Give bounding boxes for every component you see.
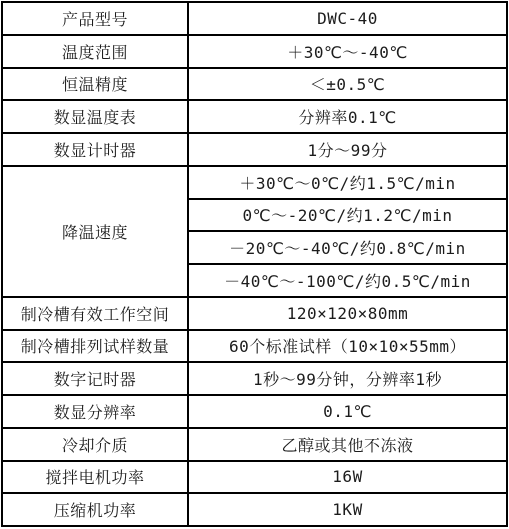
table-row: 制冷槽排列试样数量 60个标准试样（10×10×55mm） xyxy=(2,330,507,363)
table-row: 制冷槽有效工作空间 120×120×80mm xyxy=(2,297,507,330)
spec-label-temp-stability: 恒温精度 xyxy=(2,68,188,101)
spec-value-display-resolution: 0.1℃ xyxy=(188,395,507,428)
spec-value-cooling-rate-2: 0℃～-20℃/约1.2℃/min xyxy=(188,199,507,232)
spec-value-digital-thermometer: 分辨率0.1℃ xyxy=(188,100,507,133)
spec-value-cooling-rate-3: －20℃～-40℃/约0.8℃/min xyxy=(188,231,507,264)
spec-label-sample-capacity: 制冷槽排列试样数量 xyxy=(2,330,188,363)
spec-value-stirring-motor-power: 16W xyxy=(188,461,507,494)
spec-value-compressor-power: 1KW xyxy=(188,493,507,526)
spec-label-digital-timer: 数字记时器 xyxy=(2,362,188,395)
spec-label-stirring-motor-power: 搅拌电机功率 xyxy=(2,461,188,494)
spec-label-cooling-rate: 降温速度 xyxy=(2,166,188,297)
spec-value-cooling-rate-4: －40℃～-100℃/约0.5℃/min xyxy=(188,264,507,297)
spec-label-digital-thermometer: 数显温度表 xyxy=(2,100,188,133)
spec-sheet: 产品型号 DWC-40 温度范围 ＋30℃～-40℃ 恒温精度 ＜±0.5℃ 数… xyxy=(0,0,509,527)
spec-value-sample-capacity: 60个标准试样（10×10×55mm） xyxy=(188,330,507,363)
table-row: 搅拌电机功率 16W xyxy=(2,461,507,494)
spec-value-working-space: 120×120×80mm xyxy=(188,297,507,330)
spec-label-display-resolution: 数显分辨率 xyxy=(2,395,188,428)
spec-label-cooling-medium: 冷却介质 xyxy=(2,428,188,461)
table-row: 产品型号 DWC-40 xyxy=(2,2,507,35)
table-row: 压缩机功率 1KW xyxy=(2,493,507,526)
table-row: 数显计时器 1分～99分 xyxy=(2,133,507,166)
spec-value-product-model: DWC-40 xyxy=(188,2,507,35)
spec-value-temp-range: ＋30℃～-40℃ xyxy=(188,35,507,68)
spec-value-digital-timer: 1秒～99分钟，分辨率1秒 xyxy=(188,362,507,395)
spec-value-temp-stability: ＜±0.5℃ xyxy=(188,68,507,101)
spec-label-working-space: 制冷槽有效工作空间 xyxy=(2,297,188,330)
spec-label-compressor-power: 压缩机功率 xyxy=(2,493,188,526)
table-row: 恒温精度 ＜±0.5℃ xyxy=(2,68,507,101)
spec-label-temp-range: 温度范围 xyxy=(2,35,188,68)
table-row: 数字记时器 1秒～99分钟，分辨率1秒 xyxy=(2,362,507,395)
table-row: 数显分辨率 0.1℃ xyxy=(2,395,507,428)
spec-table: 产品型号 DWC-40 温度范围 ＋30℃～-40℃ 恒温精度 ＜±0.5℃ 数… xyxy=(1,1,508,527)
table-row: 冷却介质 乙醇或其他不冻液 xyxy=(2,428,507,461)
spec-value-cooling-medium: 乙醇或其他不冻液 xyxy=(188,428,507,461)
spec-label-product-model: 产品型号 xyxy=(2,2,188,35)
spec-value-cooling-rate-1: ＋30℃～0℃/约1.5℃/min xyxy=(188,166,507,199)
table-row: 温度范围 ＋30℃～-40℃ xyxy=(2,35,507,68)
spec-value-digital-timer-display: 1分～99分 xyxy=(188,133,507,166)
table-row: 降温速度 ＋30℃～0℃/约1.5℃/min xyxy=(2,166,507,199)
table-row: 数显温度表 分辨率0.1℃ xyxy=(2,100,507,133)
spec-label-digital-timer-display: 数显计时器 xyxy=(2,133,188,166)
